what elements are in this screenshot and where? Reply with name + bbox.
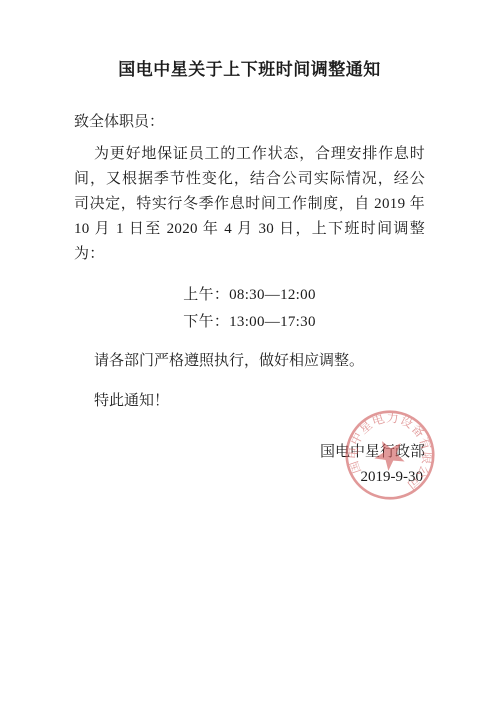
notice-title: 国电中星关于上下班时间调整通知 <box>74 0 425 82</box>
instruction-line: 请各部门严格遵照执行，做好相应调整。 <box>74 349 425 374</box>
salutation: 致全体职员： <box>74 109 425 135</box>
body-paragraph: 为更好地保证员工的工作状态，合理安排作息时间，又根据季节性变化，结合公司实际情况… <box>74 142 425 267</box>
schedule-afternoon: 下午：13:00—17:30 <box>74 309 425 336</box>
document-page: 国电中星关于上下班时间调整通知 致全体职员： 为更好地保证员工的工作状态，合理安… <box>0 0 500 707</box>
signature-block: 国电中星行政部 2019-9-30 <box>74 440 425 490</box>
schedule-morning: 上午：08:30—12:00 <box>74 282 425 309</box>
schedule-block: 上午：08:30—12:00 下午：13:00—17:30 <box>74 282 425 336</box>
signature-date: 2019-9-30 <box>74 465 425 490</box>
closing-line: 特此通知！ <box>74 389 425 414</box>
signature-department: 国电中星行政部 <box>74 440 425 465</box>
